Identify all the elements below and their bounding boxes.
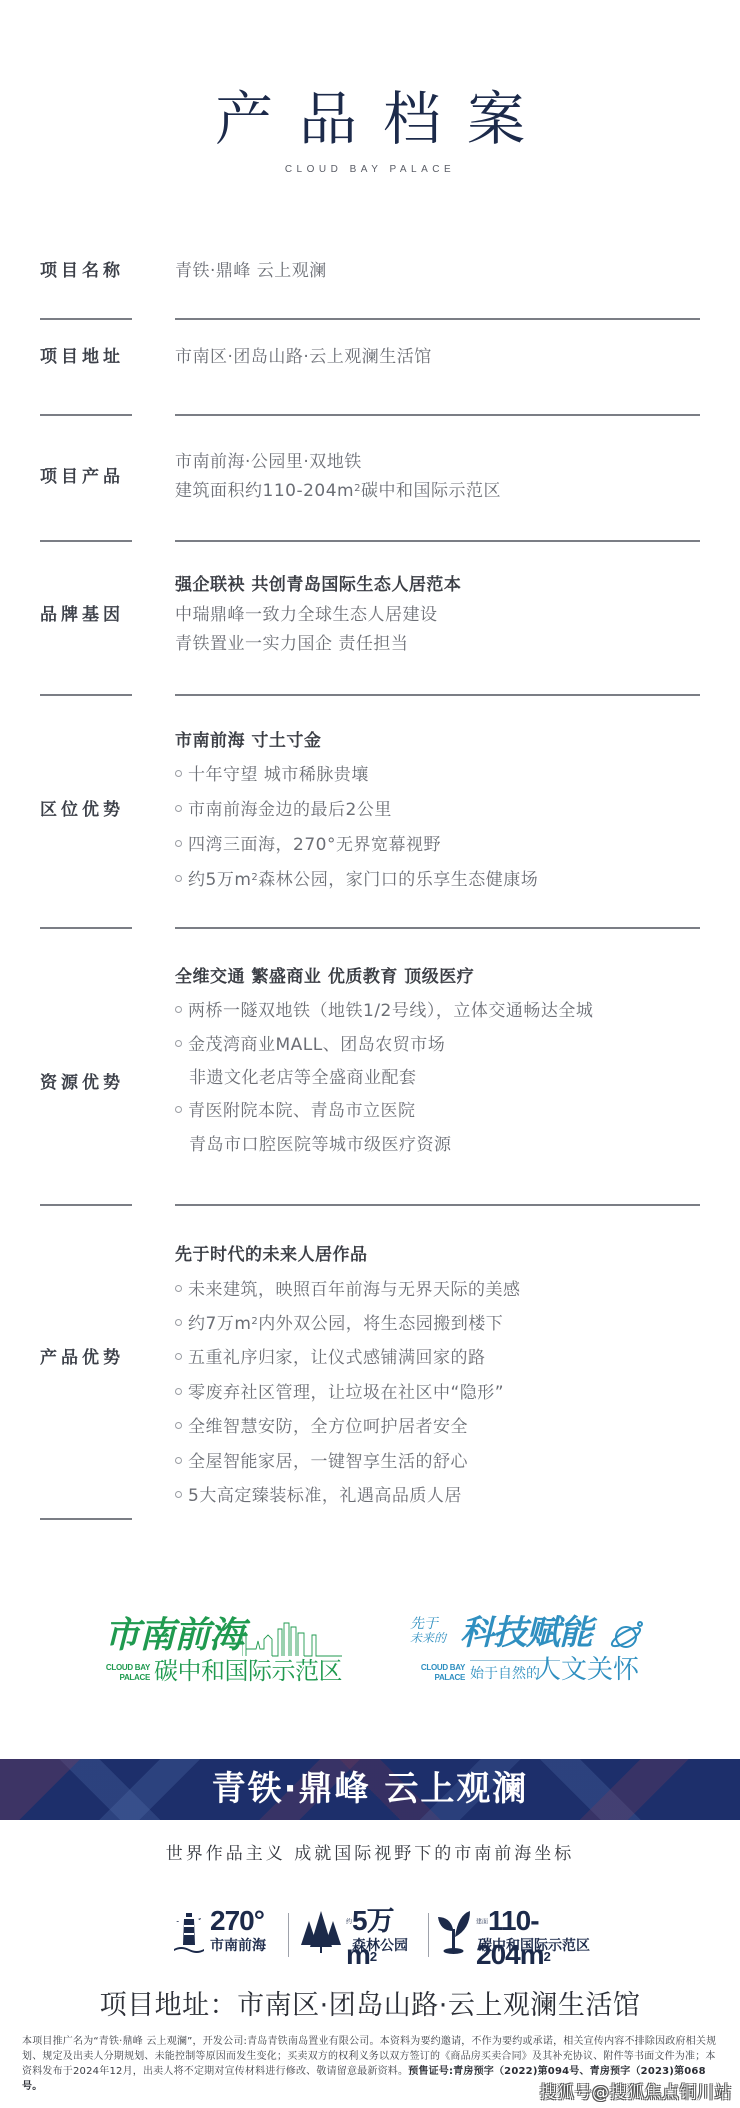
banner-title: 青铁·鼎峰 云上观澜	[0, 1759, 740, 1820]
resource-bullet: 金茂湾商业MALL、团岛农贸市场	[175, 1034, 445, 1056]
planet-icon	[610, 1621, 644, 1651]
brand-gene-heading: 强企联袂 共创青岛国际生态人居范本	[175, 574, 461, 596]
text: 森林公园，家门口的乐享生态健康场	[258, 870, 538, 890]
text: 零废弃社区管理，让垃圾在社区中“隐形”	[188, 1383, 504, 1403]
text: 五重礼序归家，让仪式感铺满回家的路	[188, 1348, 486, 1368]
bullet-icon	[175, 805, 182, 812]
divider	[175, 318, 700, 320]
project-address-value: 市南区·团岛山路·云上观澜生活馆	[175, 346, 432, 368]
bullet-icon	[175, 1106, 182, 1113]
location-bullet: 约5万m2森林公园，家门口的乐享生态健康场	[175, 869, 538, 891]
divider	[40, 927, 132, 929]
stat-sea-view: 270° 市南前海	[170, 1905, 280, 1965]
text: PALACE	[435, 1673, 466, 1682]
logo-blue-small1: 先于	[410, 1617, 438, 1632]
row-label-project-product: 项目产品	[40, 466, 140, 488]
page-title: 产品档案	[0, 84, 740, 154]
text: 十年守望 城市稀脉贵壤	[188, 765, 369, 785]
row-label-resource-advantage: 资源优势	[40, 1072, 140, 1094]
sprout-icon	[436, 1907, 472, 1955]
divider	[40, 694, 132, 696]
stat-caption: 森林公园	[352, 1937, 408, 1955]
text: 全屋智能家居，一键智享生活的舒心	[188, 1452, 468, 1472]
logo-green-subtitle: 碳中和国际示范区	[154, 1657, 342, 1685]
product-bullet: 五重礼序归家，让仪式感铺满回家的路	[175, 1347, 486, 1369]
stat-prefix: 建面	[476, 1920, 488, 1926]
stat-forest-park: 约5万m2 森林公园	[300, 1905, 420, 1965]
bullet-icon	[175, 1388, 182, 1395]
location-bullet: 十年守望 城市稀脉贵壤	[175, 764, 369, 786]
text: CLOUD BAY	[421, 1663, 465, 1672]
divider	[40, 318, 132, 320]
product-bullet: 约7万m2内外双公园，将生态园搬到楼下	[175, 1313, 503, 1335]
logo-blue-en: CLOUD BAYPALACE	[410, 1663, 465, 1683]
location-heading: 市南前海 寸土寸金	[175, 730, 321, 752]
superscript: 2	[354, 483, 361, 494]
location-bullet: 市南前海金边的最后2公里	[175, 799, 392, 821]
bullet-icon	[175, 1457, 182, 1464]
page-subtitle: CLOUD BAY PALACE	[0, 164, 740, 175]
logo-blue-sub-big: 人文关怀	[535, 1655, 639, 1685]
logo-tech-empower: 先于 未来的 科技赋能 CLOUD BAYPALACE 始于自然的 人文关怀	[410, 1615, 650, 1695]
product-heading: 先于时代的未来人居作品	[175, 1244, 368, 1266]
text: CLOUD BAY	[106, 1663, 150, 1672]
logo-blue-sub-small: 始于自然的	[470, 1665, 540, 1683]
bullet-icon	[175, 1422, 182, 1429]
stat-carbon-neutral: 建面110-204m2 碳中和国际示范区	[436, 1905, 586, 1965]
project-banner: 青铁·鼎峰 云上观澜	[0, 1759, 740, 1820]
tagline: 世界作品主义 成就国际视野下的市南前海坐标	[0, 1842, 740, 1866]
resource-bullet: 青医附院本院、青岛市立医院	[175, 1100, 416, 1122]
bullet-icon	[175, 1319, 182, 1326]
row-label-project-address: 项目地址	[40, 346, 140, 368]
stat-value: 270°	[210, 1905, 264, 1937]
bullet-icon	[175, 840, 182, 847]
logo-blue-title: 科技赋能	[460, 1613, 592, 1653]
divider	[175, 927, 700, 929]
resource-bullet-continuation: 青岛市口腔医院等城市级医疗资源	[189, 1134, 452, 1156]
bullet-icon	[175, 770, 182, 777]
logo-blue-small2: 未来的	[410, 1632, 446, 1645]
text: PALACE	[120, 1673, 151, 1682]
bullet-icon	[175, 1285, 182, 1292]
divider	[40, 414, 132, 416]
divider	[40, 1518, 132, 1520]
bullet-icon	[175, 1006, 182, 1013]
row-label-project-name: 项目名称	[40, 260, 140, 282]
text: 约7万m	[188, 1314, 251, 1334]
forest-icon	[300, 1909, 342, 1955]
product-bullet: 全维智慧安防，全方位呵护居者安全	[175, 1416, 468, 1438]
stat-caption: 碳中和国际示范区	[478, 1937, 590, 1955]
resource-bullet-continuation: 非遗文化老店等全盛商业配套	[189, 1067, 417, 1089]
row-label-location-advantage: 区位优势	[40, 799, 140, 821]
text: 未来建筑，映照百年前海与无界天际的美感	[188, 1280, 521, 1300]
project-product-line: 建筑面积约110-204m2碳中和国际示范区	[175, 480, 501, 502]
text: 内外双公园，将生态园搬到楼下	[258, 1314, 503, 1334]
divider	[175, 694, 700, 696]
footer-address: 项目地址：市南区·团岛山路·云上观澜生活馆	[0, 1988, 740, 2024]
project-product-line: 市南前海·公园里·双地铁	[175, 451, 362, 473]
text: 两桥一隧双地铁（地铁1/2号线），立体交通畅达全城	[188, 1001, 593, 1021]
skyline-icon	[242, 1621, 342, 1657]
bullet-icon	[175, 1040, 182, 1047]
text: 青医附院本院、青岛市立医院	[188, 1101, 416, 1121]
divider	[175, 540, 700, 542]
brand-gene-line: 青铁置业一实力国企 责任担当	[175, 633, 408, 655]
divider	[40, 540, 132, 542]
resource-heading: 全维交通 繁盛商业 优质教育 顶级医疗	[175, 966, 474, 988]
lighthouse-icon	[172, 1909, 206, 1957]
watermark: 搜狐号@搜狐焦点铜川站	[540, 2082, 733, 2104]
product-bullet: 5大高定臻装标准，礼遇高品质人居	[175, 1485, 462, 1507]
text: 金茂湾商业MALL、团岛农贸市场	[188, 1035, 445, 1055]
stats-strip: 270° 市南前海 约5万m2 森林公园 建面110-204m2 碳中和国际示范…	[170, 1905, 570, 1965]
superscript: 2	[251, 1316, 258, 1327]
logo-carbon-neutral: 市南前海 CLOUD BAYPALACE 碳中和国际示范区	[102, 1615, 352, 1695]
text: 市南前海金边的最后2公里	[188, 800, 392, 820]
row-label-brand-gene: 品牌基因	[40, 604, 140, 626]
stat-divider	[288, 1913, 289, 1957]
text: 约5万m	[188, 870, 251, 890]
text: 碳中和国际示范区	[361, 481, 501, 501]
superscript: 2	[251, 872, 258, 883]
divider	[175, 1204, 700, 1206]
row-label-product-advantage: 产品优势	[40, 1347, 140, 1369]
stat-caption: 市南前海	[210, 1937, 266, 1955]
location-bullet: 四湾三面海，270°无界宽幕视野	[175, 834, 441, 856]
bullet-icon	[175, 1491, 182, 1498]
stat-divider	[428, 1913, 429, 1957]
resource-bullet: 两桥一隧双地铁（地铁1/2号线），立体交通畅达全城	[175, 1000, 593, 1022]
text: 5大高定臻装标准，礼遇高品质人居	[188, 1486, 462, 1506]
text: 全维智慧安防，全方位呵护居者安全	[188, 1417, 468, 1437]
project-name-value: 青铁·鼎峰 云上观澜	[175, 260, 327, 282]
text: 建筑面积约110-204m	[175, 481, 354, 501]
bullet-icon	[175, 875, 182, 882]
divider	[175, 414, 700, 416]
product-bullet: 未来建筑，映照百年前海与无界天际的美感	[175, 1279, 521, 1301]
product-bullet: 零废弃社区管理，让垃圾在社区中“隐形”	[175, 1382, 504, 1404]
logo-green-title: 市南前海	[104, 1615, 244, 1657]
text: 四湾三面海，270°无界宽幕视野	[188, 835, 441, 855]
divider	[40, 1204, 132, 1206]
bullet-icon	[175, 1353, 182, 1360]
product-bullet: 全屋智能家居，一键智享生活的舒心	[175, 1451, 468, 1473]
logo-green-en: CLOUD BAYPALACE	[102, 1663, 150, 1683]
brand-gene-line: 中瑞鼎峰一致力全球生态人居建设	[175, 604, 438, 626]
